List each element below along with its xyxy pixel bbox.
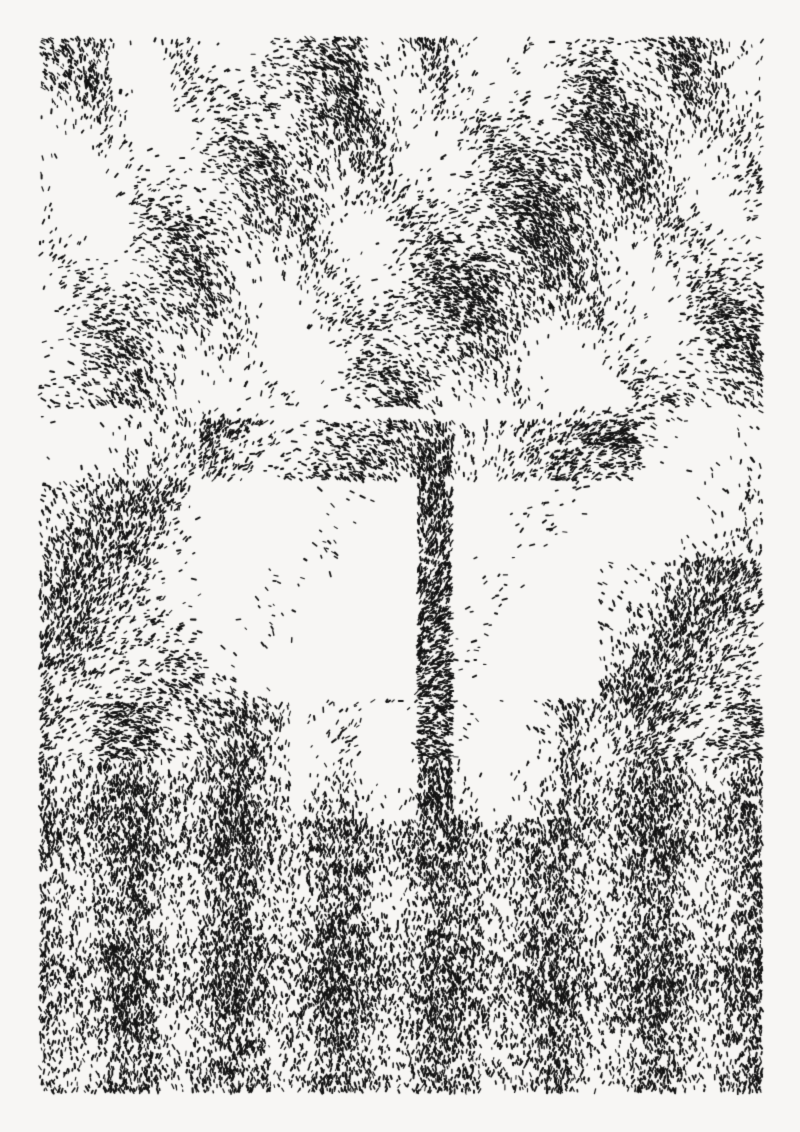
- stipple-artwork: [0, 0, 800, 1132]
